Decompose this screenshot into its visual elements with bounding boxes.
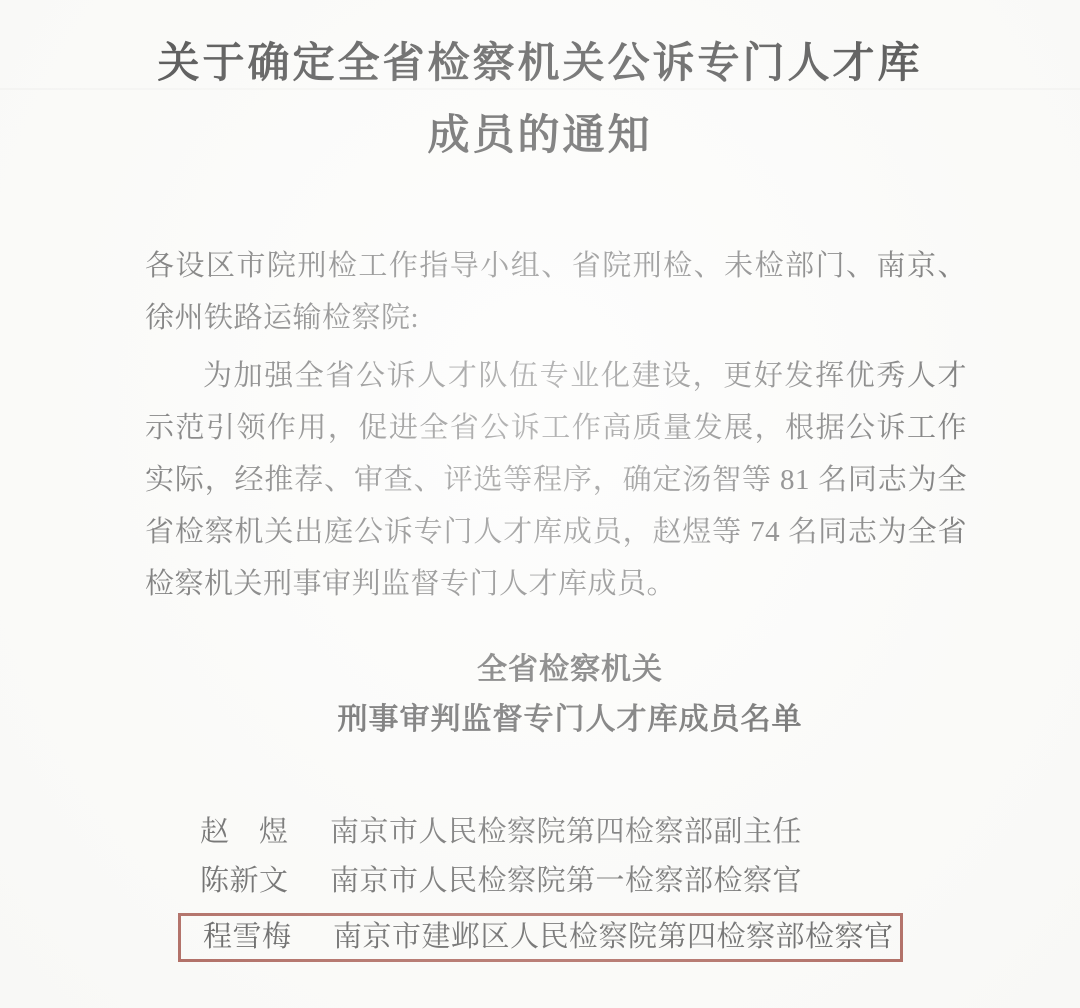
member-row: 陈新文 南京市人民检察院第一检察部检察官 [200,857,960,906]
notice-title: 关于确定全省检察机关公诉专门人才库 成员的通知 [0,0,1080,172]
member-list-heading-line-1: 全省检察机关 [145,645,995,695]
salutation-text: 各设区市院刑检工作指导小组、省院刑检、未检部门、南京、徐州铁路运输检察院: [145,240,967,344]
notice-document-page: 关于确定全省检察机关公诉专门人才库 成员的通知 各设区市院刑检工作指导小组、省院… [0,0,1080,1008]
notice-title-line-2: 成员的通知 [0,100,1080,172]
notice-title-line-1: 关于确定全省检察机关公诉专门人才库 [0,28,1080,100]
member-row: 赵 煜 南京市人民检察院第四检察部副主任 [200,808,960,857]
member-name: 赵 煜 [200,808,330,857]
member-name: 陈新文 [200,857,330,906]
member-list-heading: 全省检察机关 刑事审判监督专门人才库成员名单 [145,645,995,745]
member-list-heading-line-2: 刑事审判监督专门人才库成员名单 [145,695,995,745]
member-row-highlighted: 程雪梅 南京市建邺区人民检察院第四检察部检察官 [203,921,900,954]
member-position: 南京市人民检察院第四检察部副主任 [330,808,960,857]
member-position: 南京市人民检察院第一检察部检察官 [330,857,960,906]
member-list: 赵 煜 南京市人民检察院第四检察部副主任 陈新文 南京市人民检察院第一检察部检察… [0,808,1080,962]
member-name: 程雪梅 [203,921,333,954]
red-highlight-box: 程雪梅 南京市建邺区人民检察院第四检察部检察官 [178,913,903,962]
notice-body-paragraph: 为加强全省公诉人才队伍专业化建设，更好发挥优秀人才示范引领作用，促进全省公诉工作… [145,350,967,610]
member-position: 南京市建邺区人民检察院第四检察部检察官 [333,921,900,954]
